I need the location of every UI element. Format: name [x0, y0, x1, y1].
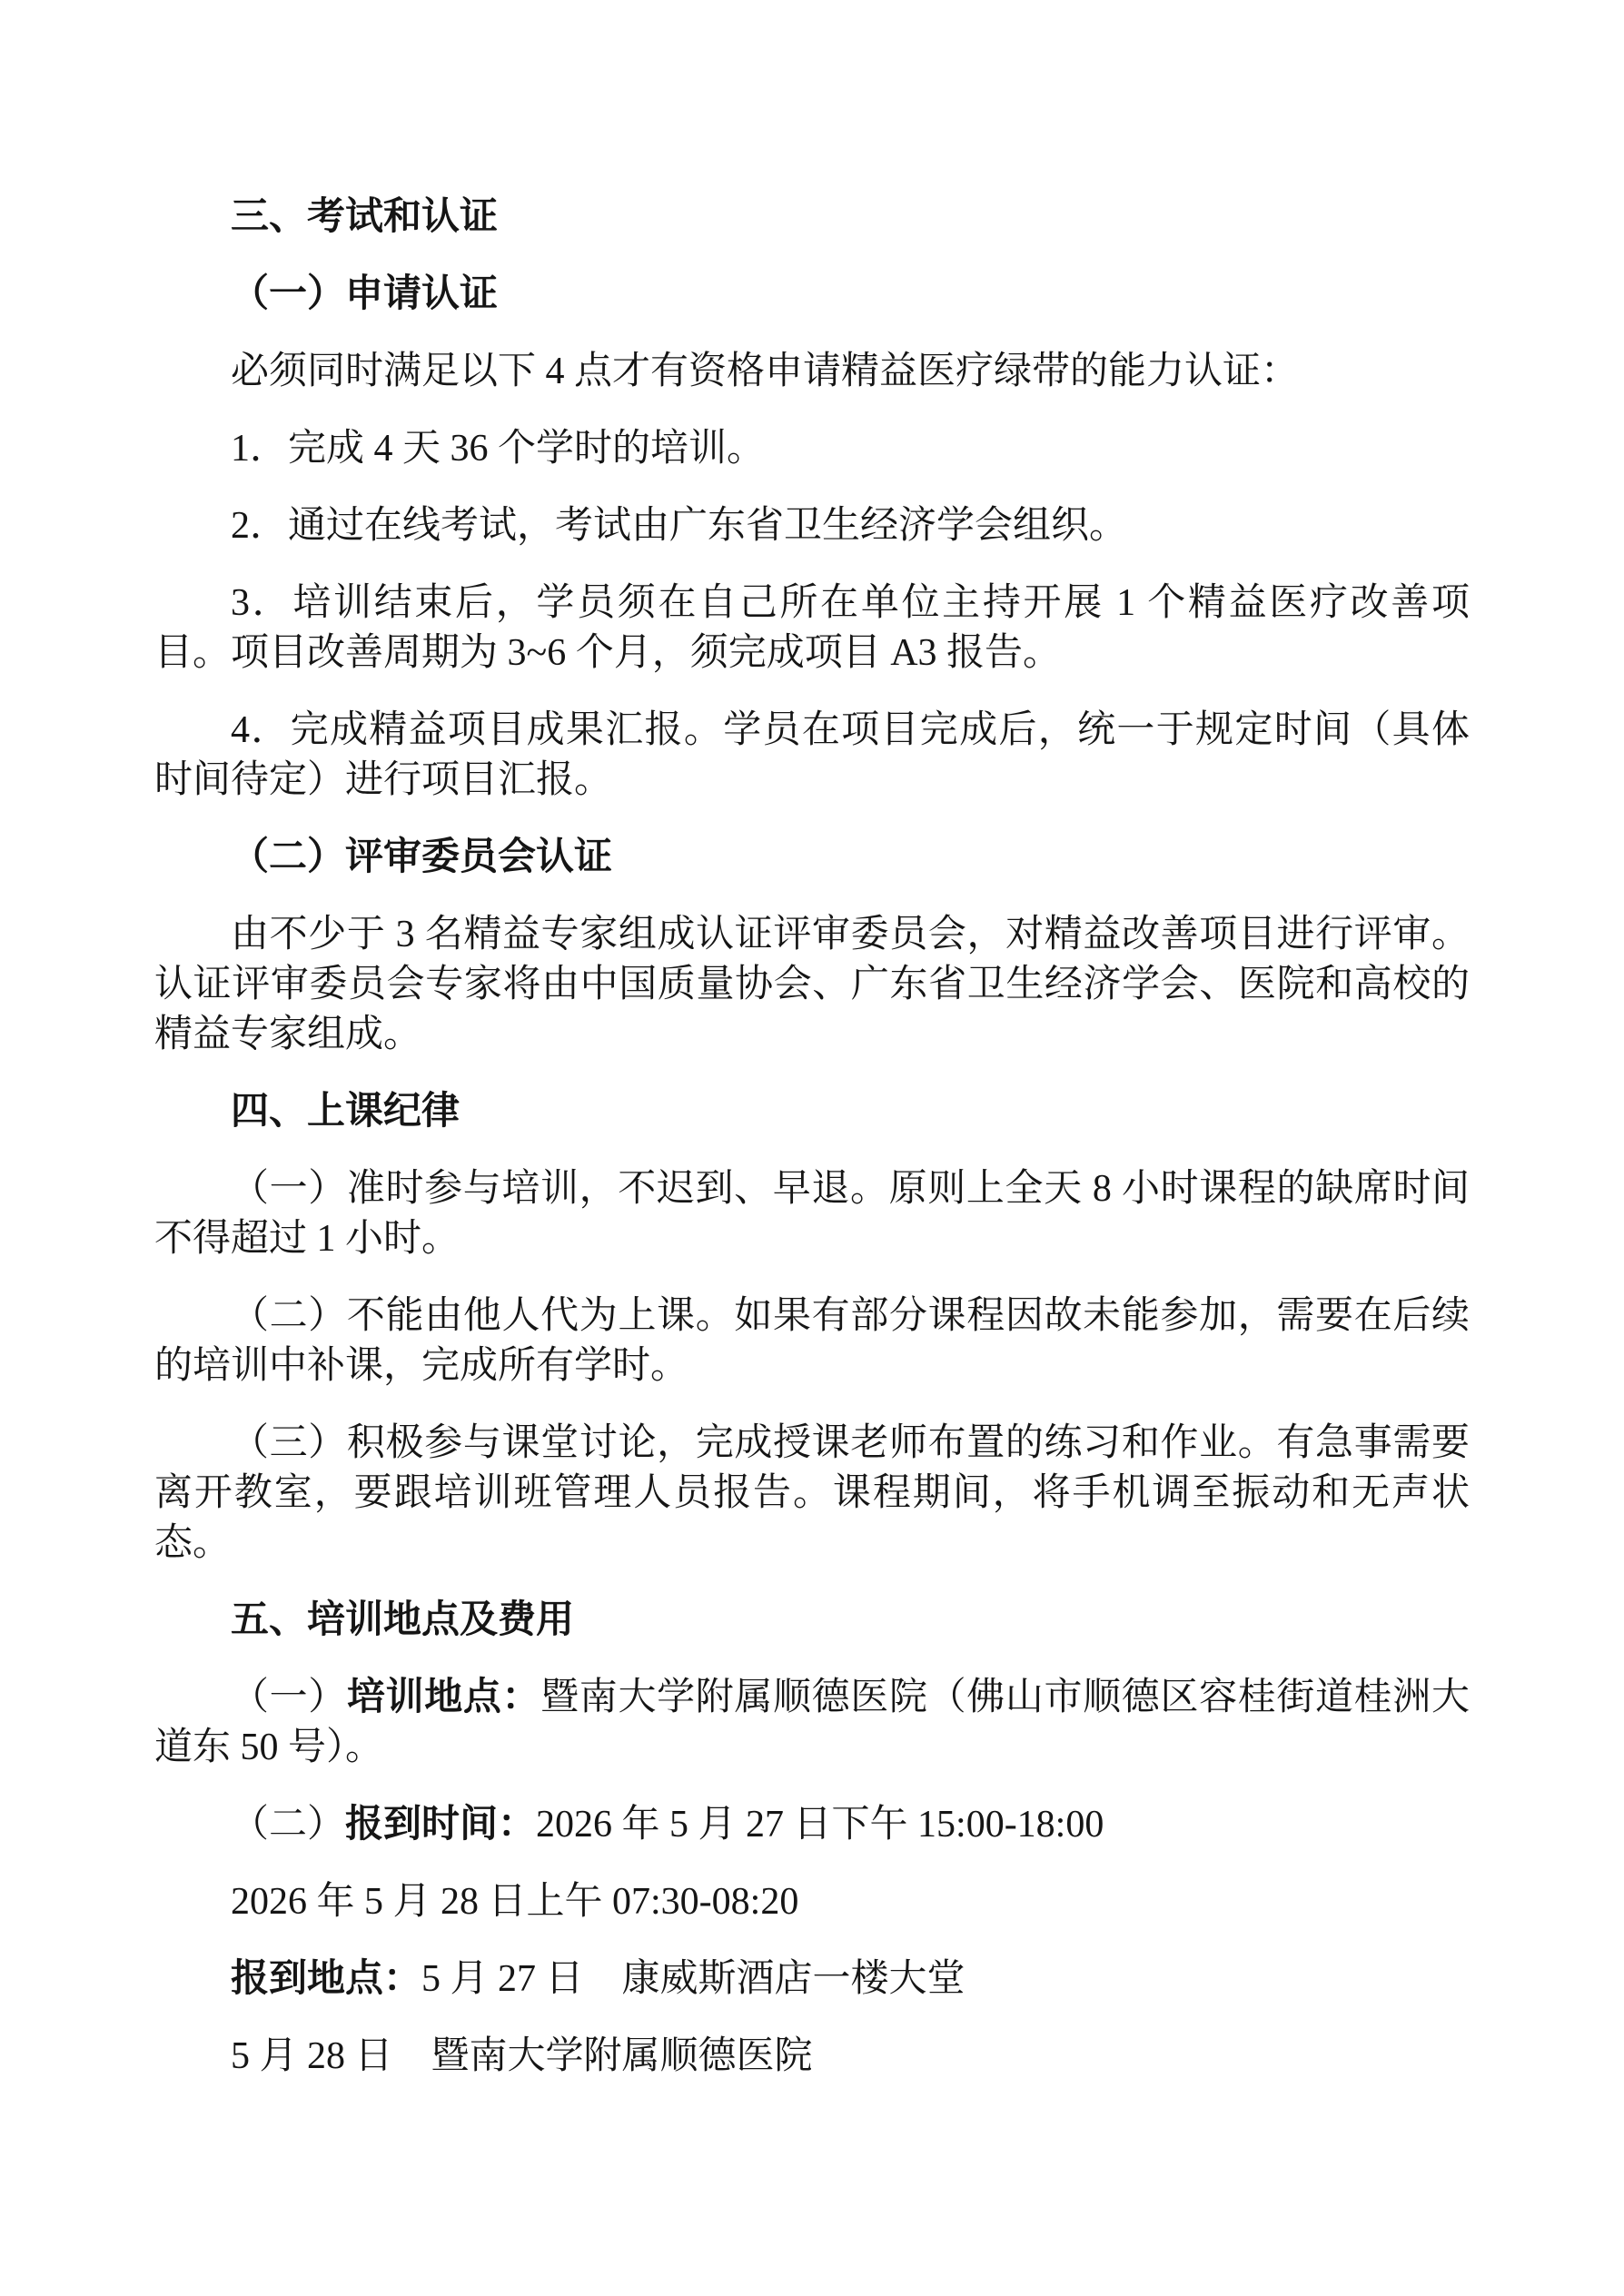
certification-item-4: 4．完成精益项目成果汇报。学员在项目完成后，统一于规定时间（具体时间待定）进行项… — [154, 706, 1470, 806]
discipline-item-3: （三）积极参与课堂讨论，完成授课老师布置的练习和作业。有急事需要离开教室，要跟培… — [154, 1419, 1470, 1569]
checkin-time-label: 报到时间： — [345, 1804, 536, 1846]
training-location-number: （一） — [231, 1677, 347, 1718]
checkin-place-line-2: 5 月 28 日 暨南大学附属顺德医院 — [154, 2032, 1470, 2082]
review-committee-paragraph: 由不少于 3 名精益专家组成认证评审委员会，对精益改善项目进行评审。认证评审委员… — [154, 910, 1470, 1060]
checkin-place-label: 报到地点： — [231, 1958, 421, 2000]
training-location-line: （一）培训地点：暨南大学附属顺德医院（佛山市顺德区容桂街道桂洲大道东 50 号）… — [154, 1673, 1470, 1773]
section-5-heading: 五、培训地点及费用 — [154, 1596, 1470, 1646]
discipline-item-2: （二）不能由他人代为上课。如果有部分课程因故未能参加，需要在后续的培训中补课，完… — [154, 1291, 1470, 1391]
checkin-time-number: （二） — [231, 1804, 345, 1846]
checkin-place-value-1: 5 月 27 日 康威斯酒店一楼大堂 — [421, 1958, 965, 2000]
checkin-place-line-1: 报到地点：5 月 27 日 康威斯酒店一楼大堂 — [154, 1955, 1470, 2004]
certification-item-2: 2．通过在线考试，考试由广东省卫生经济学会组织。 — [154, 501, 1470, 551]
certification-item-3: 3．培训结束后，学员须在自己所在单位主持开展 1 个精益医疗改善项目。项目改善周… — [154, 579, 1470, 678]
section-3-sub2-heading: （二）评审委员会认证 — [154, 833, 1470, 883]
section-3-sub1-heading: （一）申请认证 — [154, 270, 1470, 320]
checkin-time-line-2: 2026 年 5 月 28 日上午 07:30-08:20 — [154, 1877, 1470, 1927]
section-4-heading: 四、上课纪律 — [154, 1087, 1470, 1137]
certification-intro: 必须同时满足以下 4 点才有资格申请精益医疗绿带的能力认证： — [154, 347, 1470, 397]
checkin-time-value-1: 2026 年 5 月 27 日下午 15:00-18:00 — [536, 1804, 1104, 1846]
discipline-item-1: （一）准时参与培训，不迟到、早退。原则上全天 8 小时课程的缺席时间不得超过 1… — [154, 1164, 1470, 1264]
document-page: 三、考试和认证 （一）申请认证 必须同时满足以下 4 点才有资格申请精益医疗绿带… — [0, 0, 1624, 2296]
checkin-time-line-1: （二）报到时间：2026 年 5 月 27 日下午 15:00-18:00 — [154, 1800, 1470, 1850]
certification-item-1: 1．完成 4 天 36 个学时的培训。 — [154, 424, 1470, 474]
training-location-label: 培训地点： — [347, 1677, 540, 1718]
section-3-heading: 三、考试和认证 — [154, 193, 1470, 242]
